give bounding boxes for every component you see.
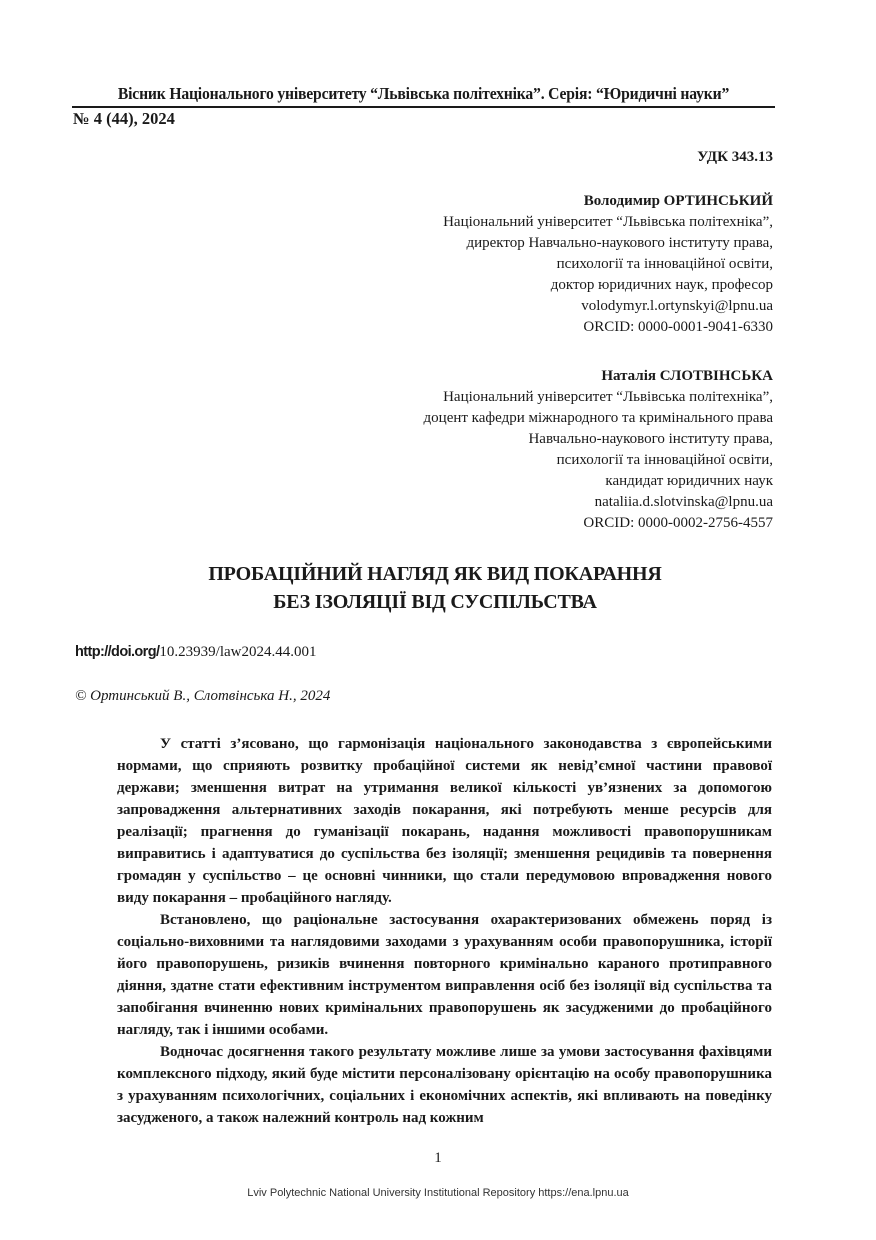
issue-number: № 4 (44), 2024: [73, 109, 175, 129]
article-title-line: ПРОБАЦІЙНИЙ НАГЛЯД ЯК ВИД ПОКАРАННЯ: [60, 560, 810, 588]
author-position: доцент кафедри міжнародного та криміналь…: [424, 408, 773, 429]
author-affiliation: Національний університет “Львівська полі…: [443, 212, 773, 233]
author-position: психології та інноваційної освіти,: [424, 450, 773, 471]
udc-code: УДК 343.13: [697, 149, 773, 166]
copyright: © Ортинський В., Слотвінська Н., 2024: [75, 688, 330, 705]
author-email[interactable]: nataliia.d.slotvinska@lpnu.ua: [424, 492, 773, 513]
author-orcid: ORCID: 0000-0001-9041-6330: [443, 317, 773, 338]
doi-prefix: http://doi.org/: [75, 644, 159, 660]
author-position: директор Навчально-наукового інституту п…: [443, 233, 773, 254]
author-degree: кандидат юридичних наук: [424, 471, 773, 492]
article-title-line: БЕЗ ІЗОЛЯЦІЇ ВІД СУСПІЛЬСТВА: [60, 588, 810, 616]
author-name: Володимир ОРТИНСЬКИЙ: [443, 191, 773, 212]
author-affiliation: Національний університет “Львівська полі…: [424, 387, 773, 408]
abstract-paragraph: Водночас досягнення такого результату мо…: [117, 1041, 772, 1129]
page-number: 1: [0, 1150, 876, 1167]
repository-footer: Lviv Polytechnic National University Ins…: [0, 1187, 876, 1199]
author-position: психології та інноваційної освіти,: [443, 254, 773, 275]
abstract-paragraph: У статті з’ясовано, що гармонізація наці…: [117, 733, 772, 909]
abstract-paragraph: Встановлено, що раціональне застосування…: [117, 909, 772, 1041]
author-block: Володимир ОРТИНСЬКИЙ Національний універ…: [443, 191, 773, 338]
author-email[interactable]: volodymyr.l.ortynskyi@lpnu.ua: [443, 296, 773, 317]
doi-id: 10.23939/law2024.44.001: [159, 644, 316, 660]
author-degree: доктор юридичних наук, професор: [443, 275, 773, 296]
header-rule: [72, 106, 775, 108]
author-name: Наталія СЛОТВІНСЬКА: [424, 366, 773, 387]
author-orcid: ORCID: 0000-0002-2756-4557: [424, 513, 773, 534]
author-position: Навчально-наукового інституту права,: [424, 429, 773, 450]
author-block: Наталія СЛОТВІНСЬКА Національний універс…: [424, 366, 773, 534]
article-title: ПРОБАЦІЙНИЙ НАГЛЯД ЯК ВИД ПОКАРАННЯ БЕЗ …: [60, 560, 810, 616]
abstract: У статті з’ясовано, що гармонізація наці…: [117, 733, 772, 1129]
doi-link[interactable]: http://doi.org/10.23939/law2024.44.001: [75, 644, 317, 661]
journal-header: Вісник Національного університету “Львів…: [90, 84, 758, 104]
